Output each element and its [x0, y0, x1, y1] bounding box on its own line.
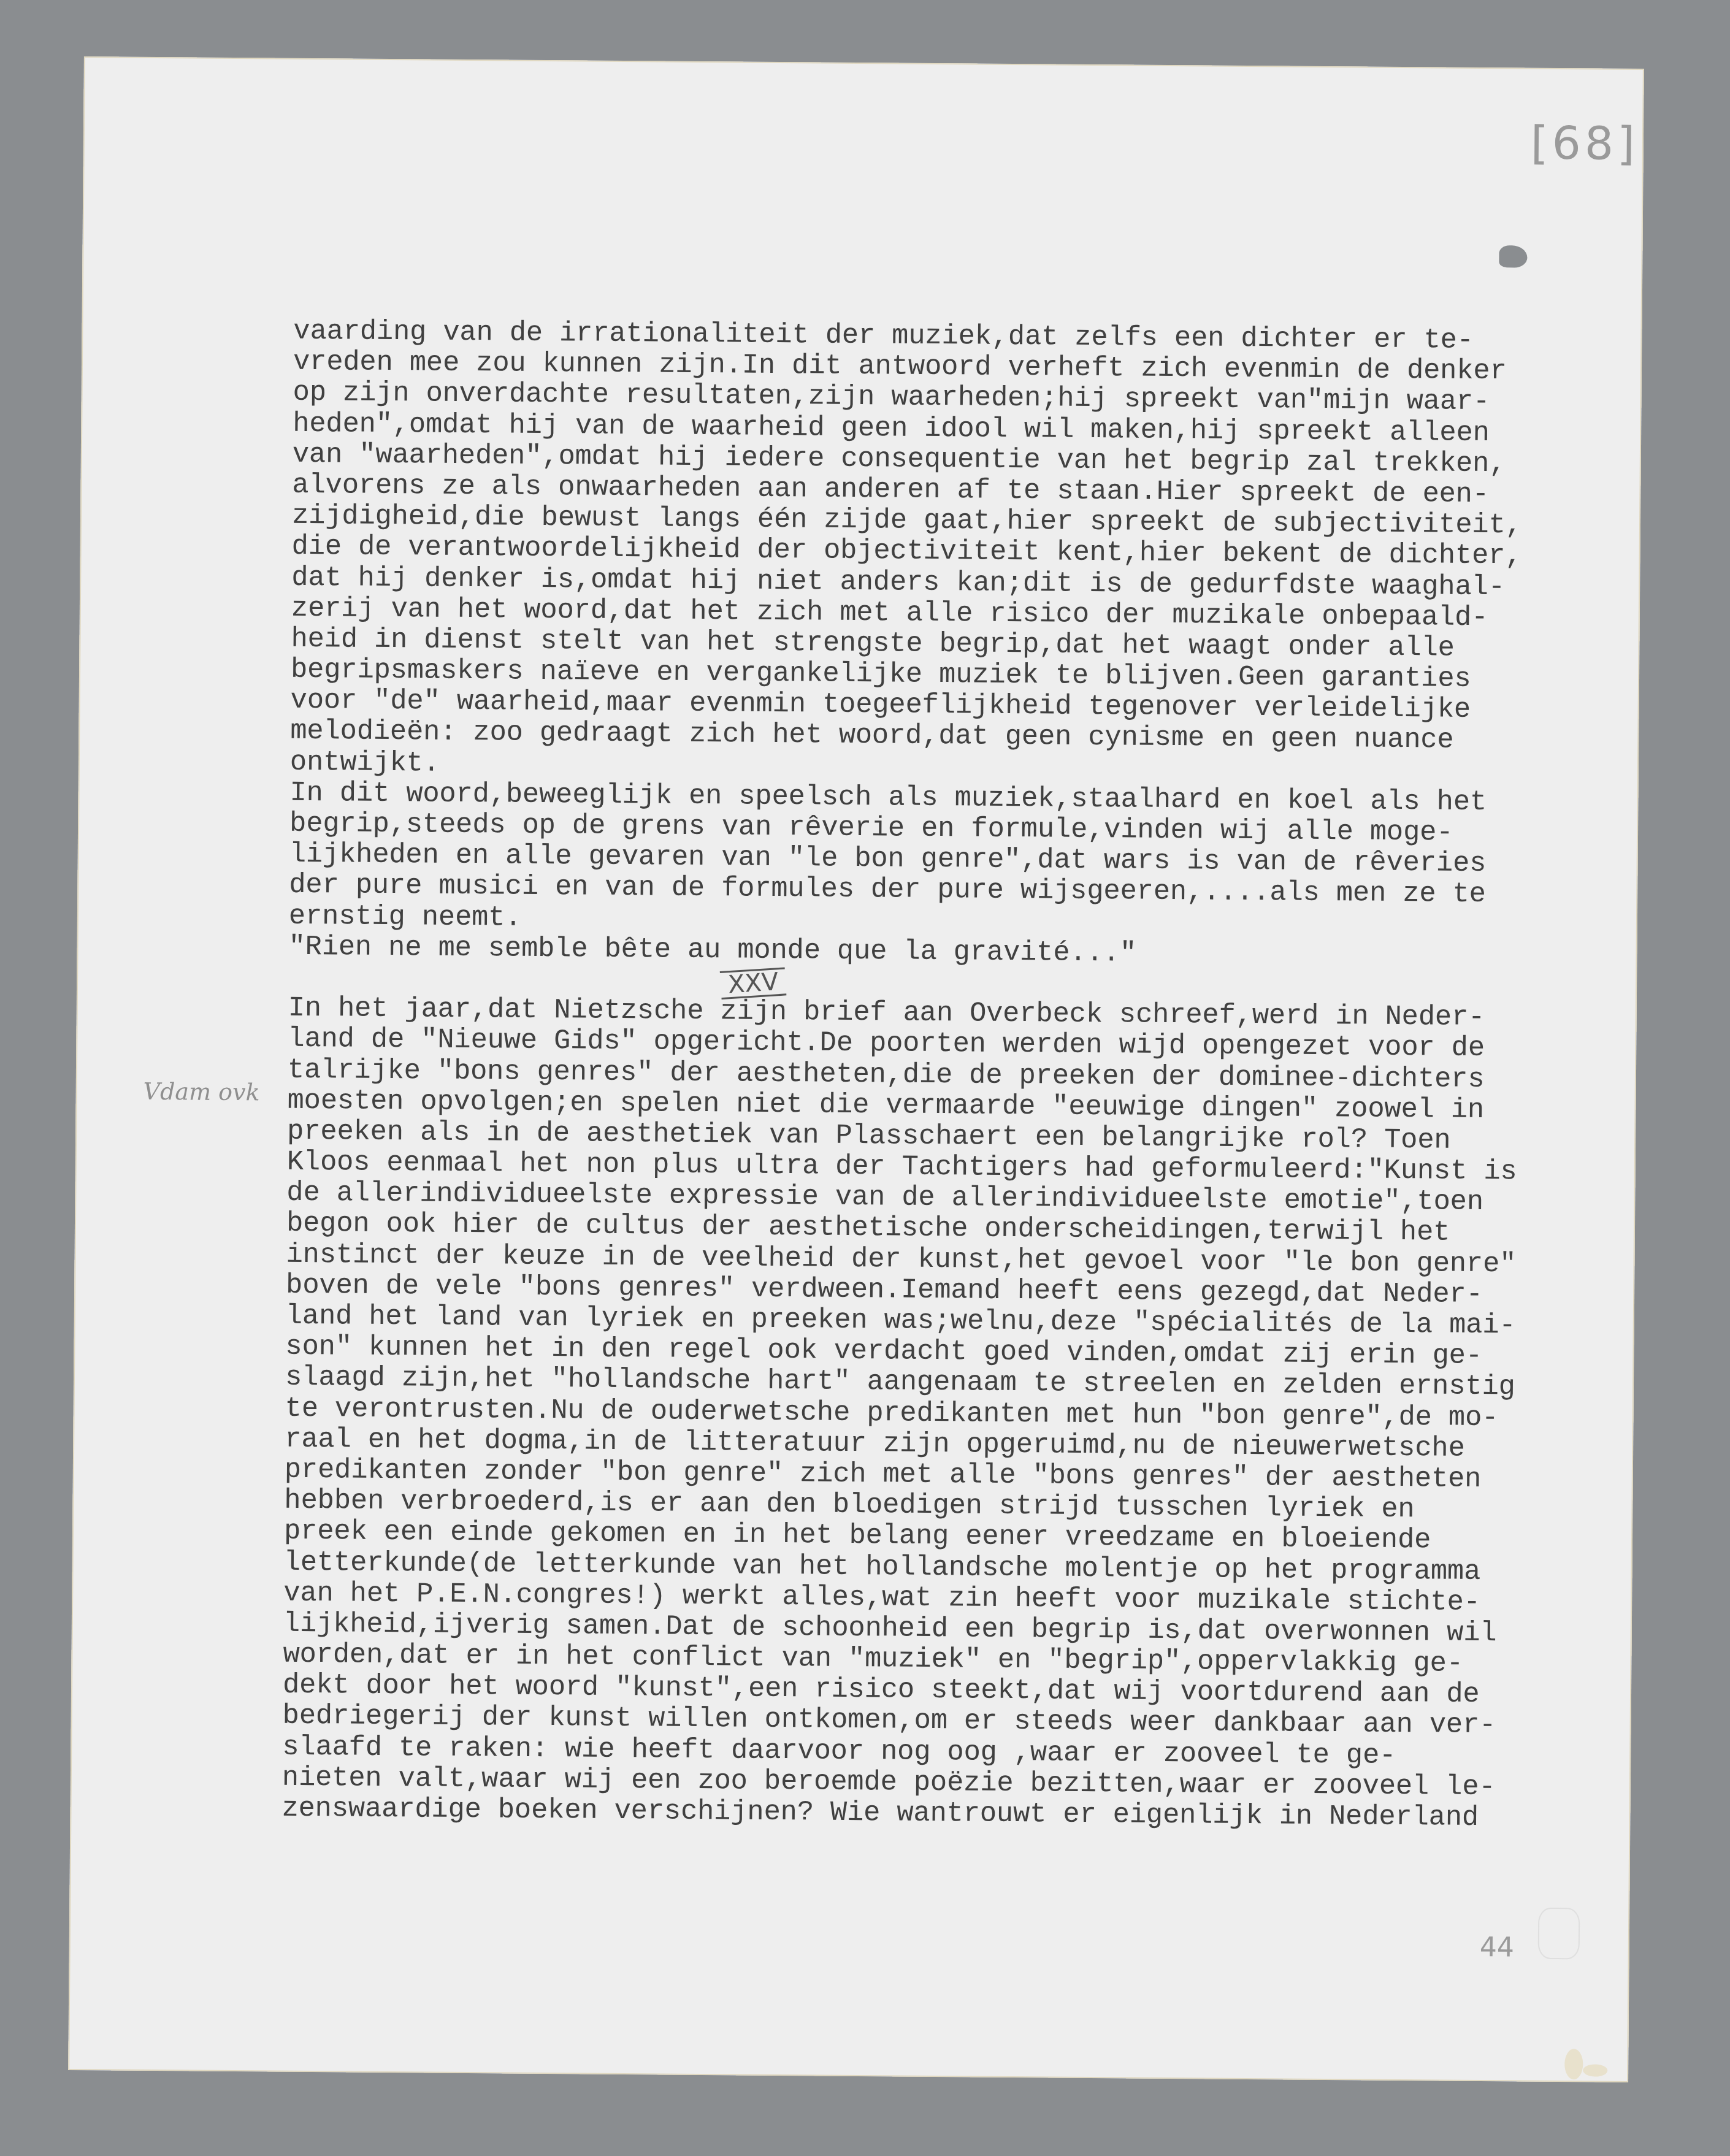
- margin-note: Vdam ovk: [144, 1078, 260, 1106]
- folio-number: 44: [1480, 1932, 1514, 1963]
- paper-tear: [1499, 245, 1527, 267]
- paper-stain: [1583, 2064, 1607, 2076]
- typed-text: vaarding van de irrationaliteit der muzi…: [281, 316, 1642, 1834]
- archive-stamp: [1538, 1908, 1580, 1960]
- document-page: [68] Vdam ovk XXV vaarding van de irrati…: [68, 56, 1644, 2082]
- paper-stain: [1564, 2049, 1583, 2079]
- page-number-annotation: [68]: [1531, 117, 1639, 170]
